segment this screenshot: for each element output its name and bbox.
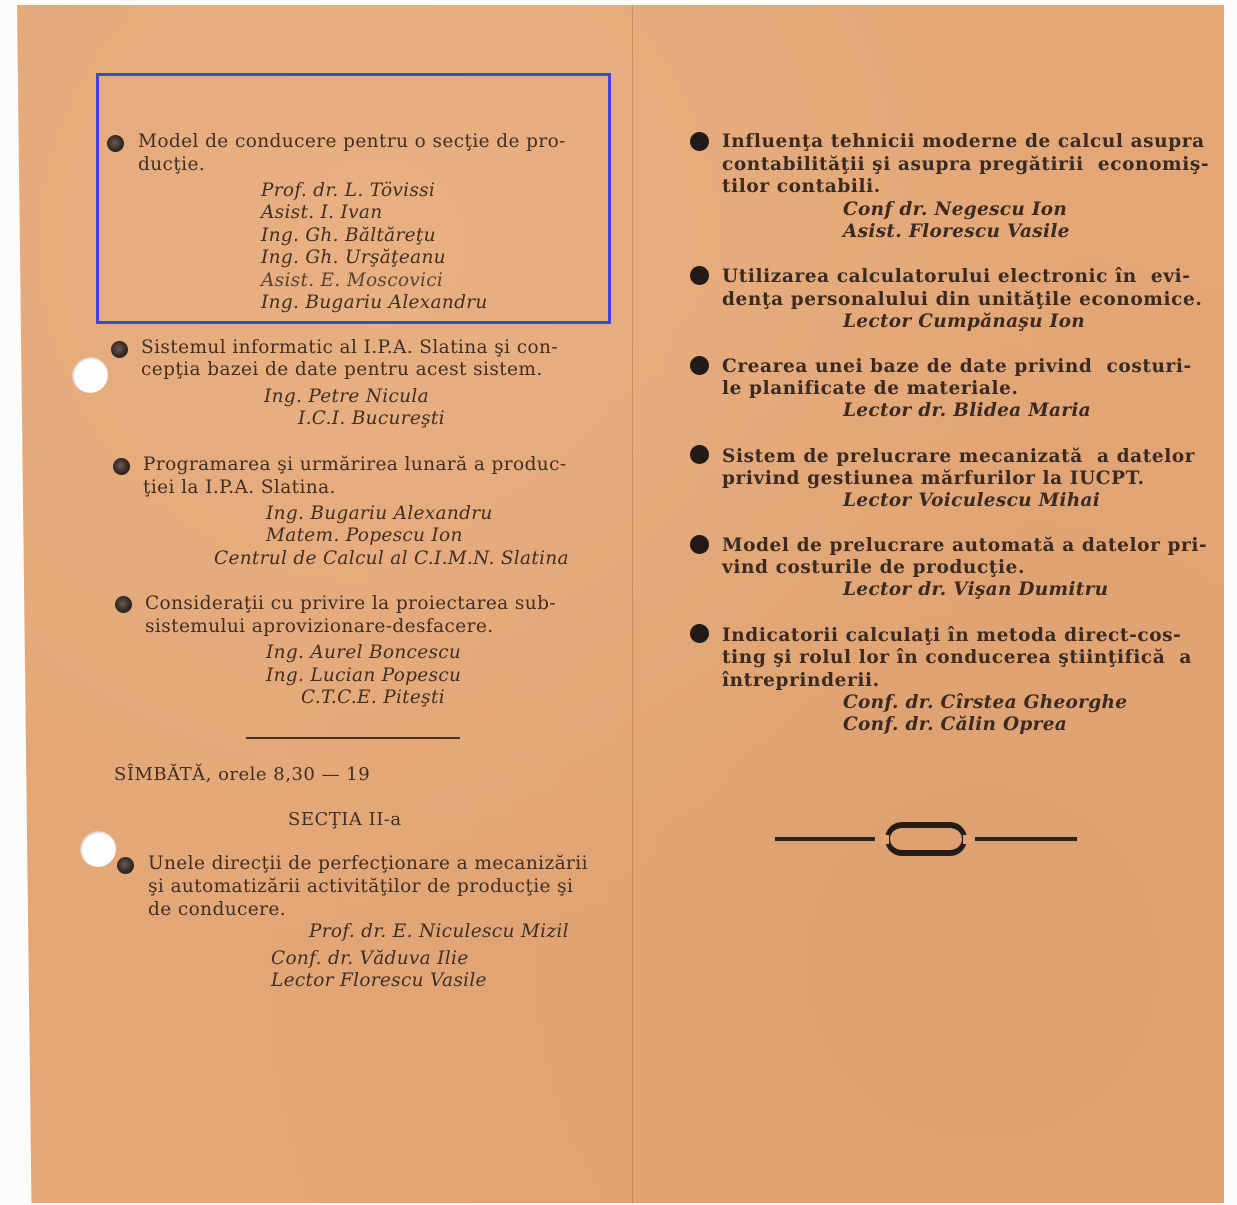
item-title-line: Programarea şi urmărirea lunară a produc… <box>143 454 567 477</box>
bullet-icon <box>111 341 128 358</box>
item-title-line: Crearea unei baze de date privind costur… <box>722 356 1192 379</box>
section-heading: SECŢIA II-a <box>288 809 402 830</box>
author: Conf. dr. Călin Oprea <box>843 714 1067 737</box>
author: Lector dr. Blidea Maria <box>843 400 1091 423</box>
punch-hole-top <box>72 357 108 393</box>
author-affiliation: C.T.C.E. Piteşti <box>301 687 445 710</box>
item-title-line: întreprinderii. <box>722 670 880 693</box>
end-ornament-icon <box>775 822 1077 856</box>
item-title-line: Unele direcţii de perfecţionare a mecani… <box>148 853 588 876</box>
item-title-line: de conducere. <box>148 899 286 922</box>
author: Conf. dr. Văduva Ilie <box>271 948 468 971</box>
bullet-icon <box>115 596 132 613</box>
item-title-line: Influenţa tehnicii moderne de calcul asu… <box>722 131 1205 154</box>
author: Lector Florescu Vasile <box>271 970 487 993</box>
bullet-icon <box>113 458 130 475</box>
bullet-icon <box>117 857 134 874</box>
author: Ing. Petre Nicula <box>264 386 429 409</box>
author: Ing. Lucian Popescu <box>266 665 461 688</box>
bullet-icon <box>690 356 709 375</box>
highlight-selection-box <box>96 73 611 324</box>
author-affiliation: I.C.I. Bucureşti <box>298 408 445 431</box>
author: Lector Cumpănaşu Ion <box>843 311 1085 334</box>
item-title-line: cepţia bazei de date pentru acest sistem… <box>141 359 543 382</box>
item-title-line: Consideraţii cu privire la proiectarea s… <box>145 593 556 616</box>
author: Conf dr. Negescu Ion <box>843 199 1067 222</box>
item-title-line: sistemului aprovizionare-desfacere. <box>145 616 494 639</box>
bullet-icon <box>690 266 709 285</box>
bullet-icon <box>690 624 709 643</box>
author: Ing. Aurel Boncescu <box>266 642 461 665</box>
author: Prof. dr. E. Niculescu Mizil <box>309 921 569 944</box>
item-title-line: Utilizarea calculatorului electronic în … <box>722 266 1190 289</box>
center-fold <box>632 5 633 1203</box>
bullet-icon <box>690 445 709 464</box>
item-title-line: denţa personalului din unităţile economi… <box>722 289 1202 312</box>
item-title-line: Sistem de prelucrare mecanizată a datelo… <box>722 446 1195 469</box>
author: Ing. Bugariu Alexandru <box>266 503 493 526</box>
author-affiliation: Centrul de Calcul al C.I.M.N. Slatina <box>214 548 569 571</box>
item-title-line: ting şi rolul lor în conducerea ştiinţif… <box>722 647 1192 670</box>
item-title-line: şi automatizării activităţilor de produc… <box>148 876 573 899</box>
item-title-line: Indicatorii calculaţi în metoda direct-c… <box>722 625 1181 648</box>
bullet-icon <box>690 535 709 554</box>
author: Matem. Popescu Ion <box>266 525 463 548</box>
item-title-line: tilor contabili. <box>722 176 881 199</box>
item-title-line: le planificate de materiale. <box>722 378 1019 401</box>
item-title-line: contabilităţii şi asupra pregătirii econ… <box>722 154 1209 177</box>
author: Conf. dr. Cîrstea Gheorghe <box>843 692 1127 715</box>
day-heading: SÎMBĂTĂ, orele 8,30 — 19 <box>114 764 370 785</box>
bullet-icon <box>690 132 709 151</box>
author: Asist. Florescu Vasile <box>843 221 1070 244</box>
author: Lector Voiculescu Mihai <box>843 490 1100 513</box>
section-divider-rule <box>246 737 460 739</box>
item-title-line: vind costurile de producţie. <box>722 557 1025 580</box>
author: Lector dr. Vişan Dumitru <box>843 579 1108 602</box>
item-title-line: ţiei la I.P.A. Slatina. <box>143 477 336 500</box>
item-title-line: privind gestiunea mărfurilor la IUCPT. <box>722 468 1145 491</box>
item-title-line: Sistemul informatic al I.P.A. Slatina şi… <box>141 337 558 360</box>
item-title-line: Model de prelucrare automată a datelor p… <box>722 535 1207 558</box>
punch-hole-bottom <box>80 831 116 867</box>
